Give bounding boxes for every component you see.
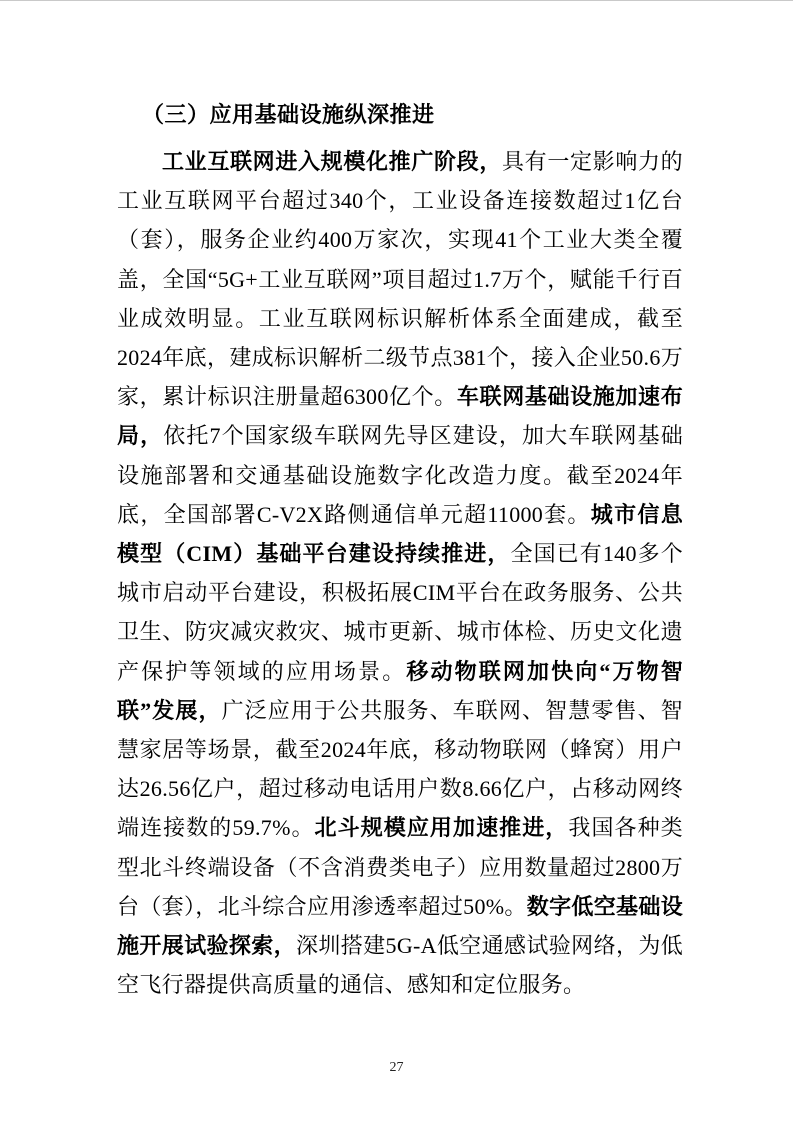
bold-text-run: 工业互联网进入规模化推广阶段， xyxy=(162,149,502,174)
document-page: （三）应用基础设施纵深推进 工业互联网进入规模化推广阶段，具有一定影响力的工业互… xyxy=(0,0,793,1122)
section-heading: （三）应用基础设施纵深推进 xyxy=(117,95,683,135)
page-number: 27 xyxy=(0,1059,793,1077)
text-run: 具有一定影响力的工业互联网平台超过340个，工业设备连接数超过1亿台（套），服务… xyxy=(117,149,683,409)
bold-text-run: 北斗规模应用加速推进， xyxy=(315,815,569,840)
body-paragraph: 工业互联网进入规模化推广阶段，具有一定影响力的工业互联网平台超过340个，工业设… xyxy=(117,142,683,1004)
